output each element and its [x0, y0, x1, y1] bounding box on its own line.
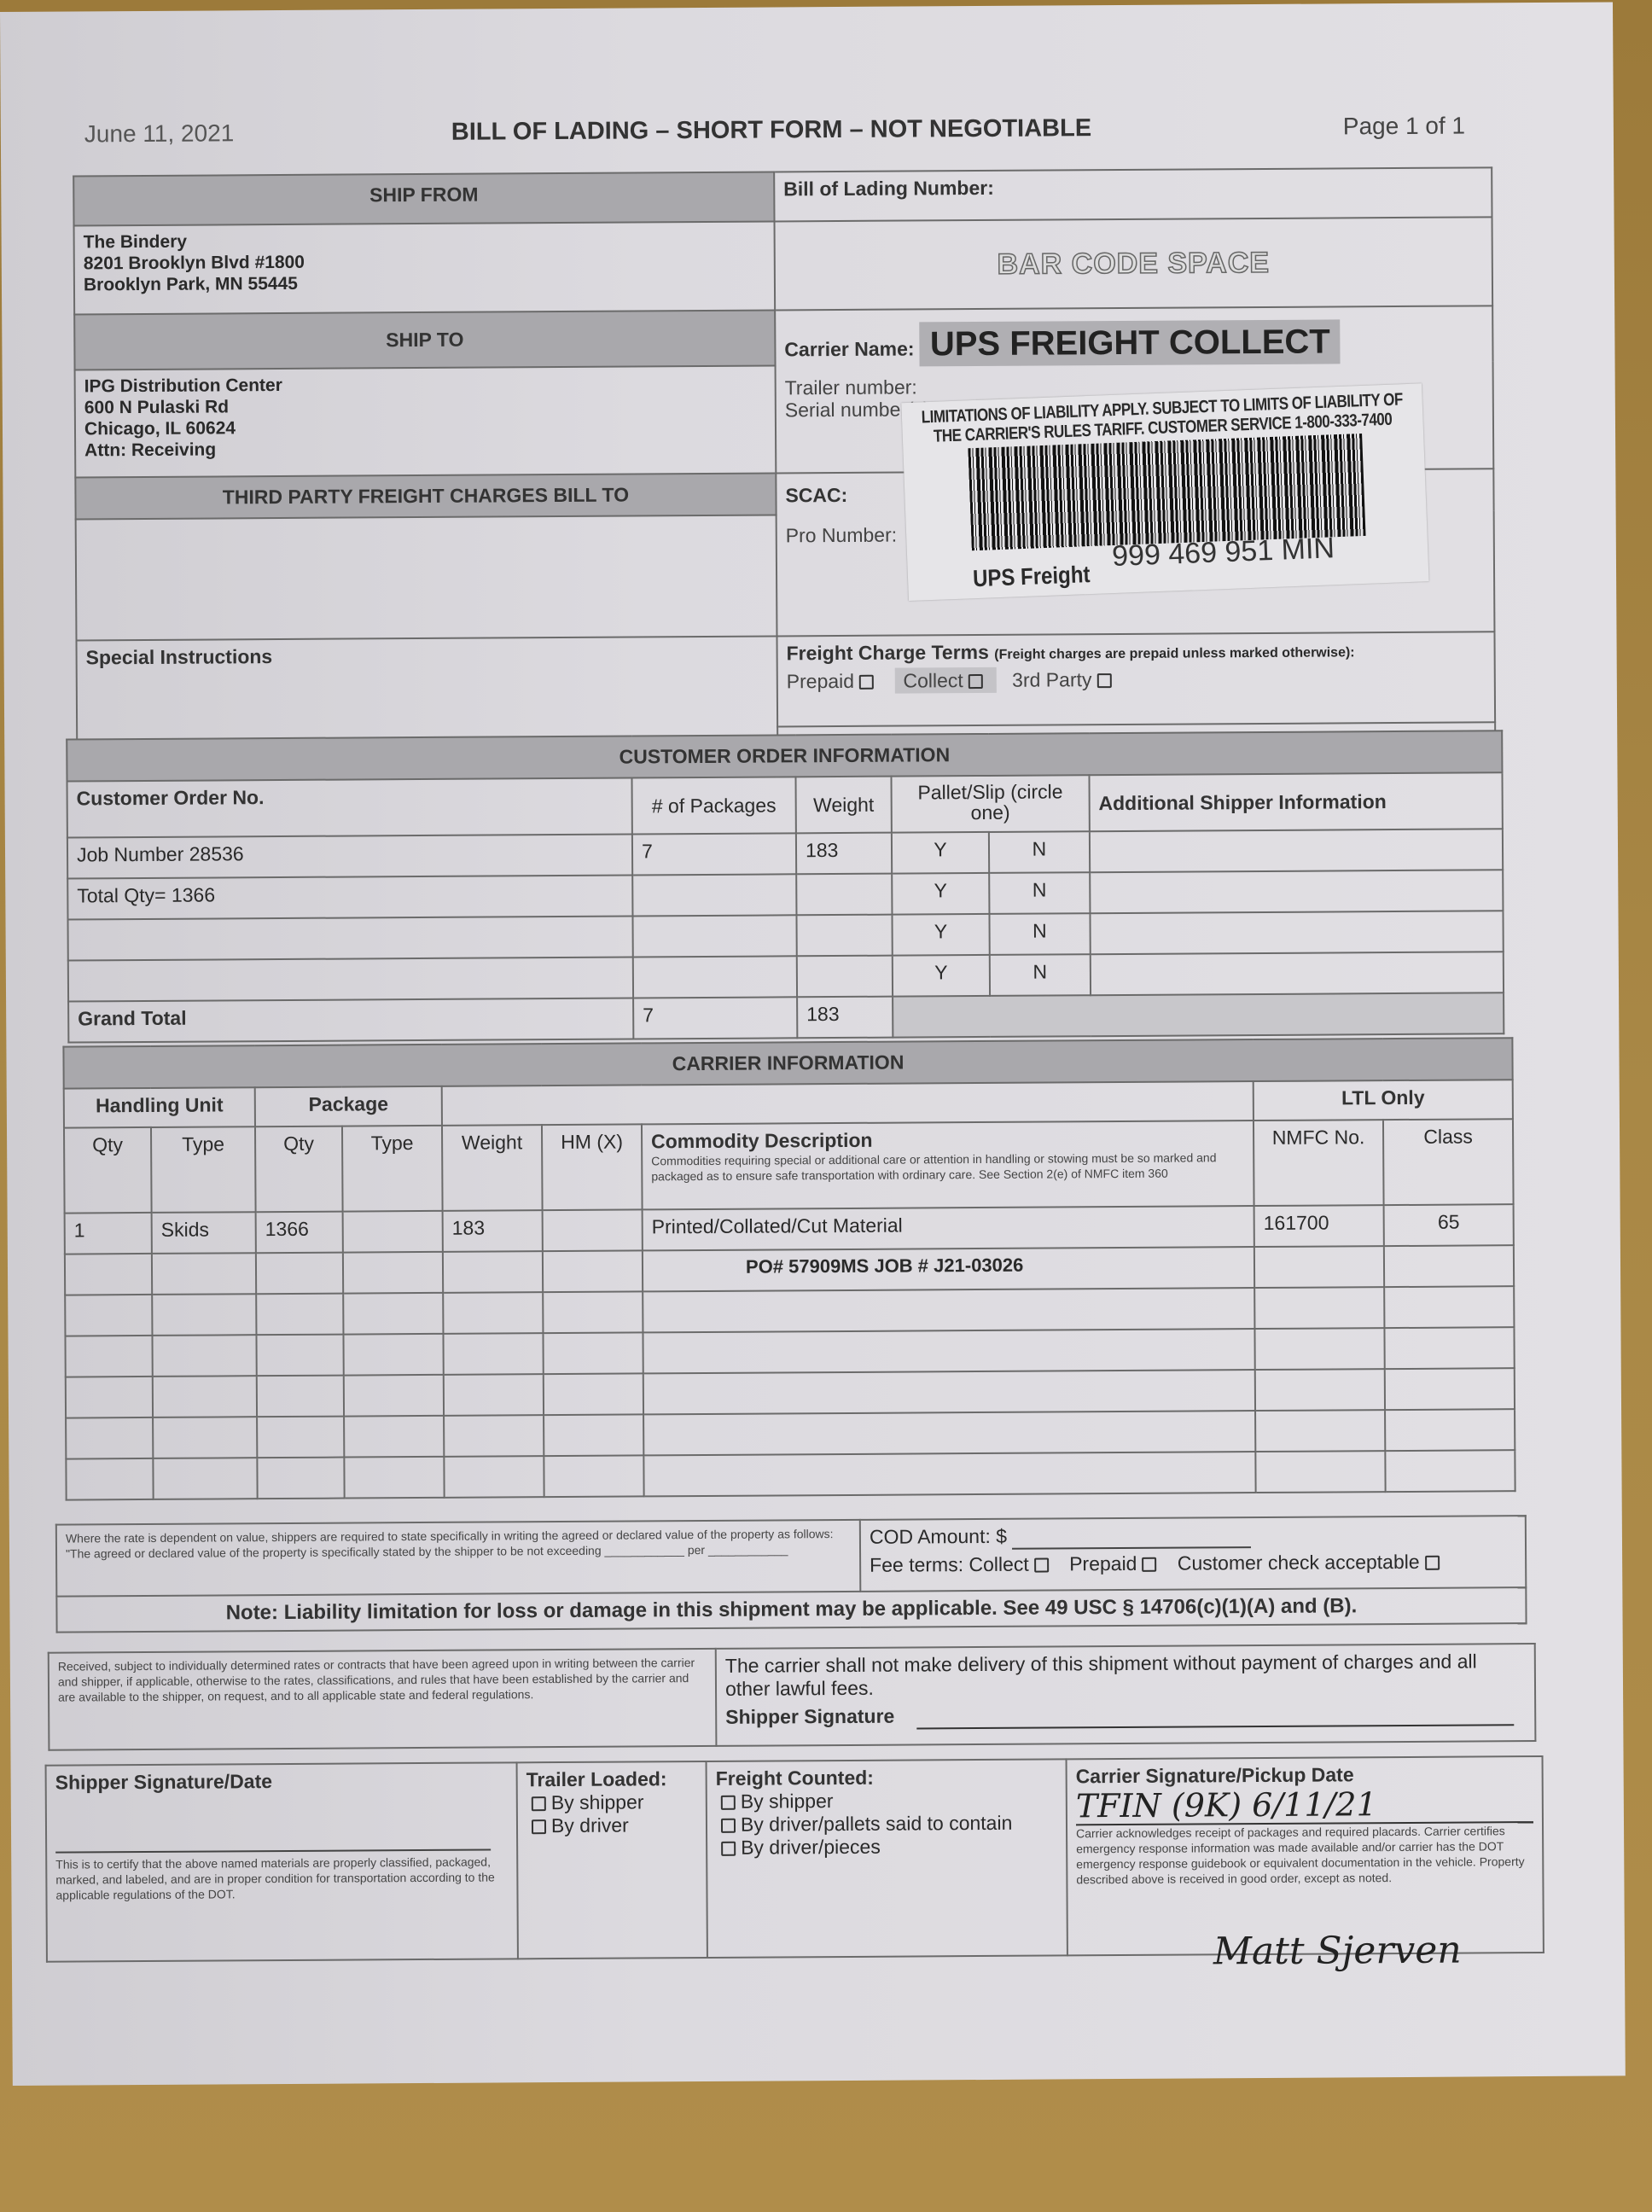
checkbox-icon[interactable] — [532, 1797, 546, 1812]
third-party-bill-to-field[interactable] — [76, 515, 777, 640]
col-pallet-slip: Pallet/Slip (circle one) — [891, 775, 1089, 832]
cell-desc[interactable]: Printed/Collated/Cut Material — [643, 1206, 1254, 1250]
freight-counted-label: Freight Counted: — [716, 1765, 1057, 1790]
packages-cell — [632, 915, 796, 957]
cell-nmfc[interactable] — [1254, 1246, 1384, 1288]
col-pkg-type: Type — [342, 1126, 443, 1212]
freight-counted-shipper[interactable]: By shipper — [716, 1788, 1057, 1813]
cell-hm[interactable] — [543, 1332, 643, 1374]
order-cell — [68, 957, 633, 1001]
cell-pkg-type[interactable] — [344, 1457, 444, 1499]
special-instructions-label: Special Instructions — [86, 645, 273, 668]
pallet-yes[interactable]: Y — [892, 873, 989, 915]
cell-hu-qty[interactable] — [65, 1254, 152, 1295]
package-group: Package — [255, 1086, 442, 1126]
cell-nmfc[interactable] — [1255, 1451, 1385, 1493]
cell-hu-type[interactable] — [153, 1376, 257, 1417]
ship-from-heading: SHIP FROM — [73, 172, 774, 225]
third-party-heading: THIRD PARTY FREIGHT CHARGES BILL TO — [75, 473, 776, 519]
ship-from-line: Brooklyn Park, MN 55445 — [84, 271, 765, 296]
fee-prepaid-checkbox[interactable] — [1142, 1557, 1156, 1572]
carrier-signature-block: Carrier Signature/Pickup Date TFIN (9K) … — [1067, 1756, 1544, 1955]
barcode-space: BAR CODE SPACE — [774, 217, 1492, 310]
collect-checkbox[interactable] — [969, 674, 983, 689]
signature-section: Shipper Signature/Date This is to certif… — [45, 1755, 1544, 1963]
weight-cell: 183 — [796, 833, 892, 875]
trailer-loaded-block: Trailer Loaded: By shipper By driver — [517, 1761, 707, 1959]
cell-hu-qty[interactable] — [65, 1336, 152, 1377]
fee-collect-checkbox[interactable] — [1034, 1558, 1049, 1573]
cell-nmfc[interactable] — [1254, 1328, 1384, 1370]
ship-to-address: IPG Distribution Center 600 N Pulaski Rd… — [75, 365, 777, 477]
cell-hm[interactable] — [544, 1455, 643, 1497]
cell-nmfc[interactable]: 161700 — [1254, 1205, 1384, 1247]
document-title: BILL OF LADING – SHORT FORM – NOT NEGOTI… — [451, 114, 1091, 147]
cell-class[interactable] — [1385, 1409, 1515, 1451]
pro-number-value: 999 469 951 MIN — [1112, 532, 1335, 573]
cell-desc[interactable] — [643, 1452, 1255, 1496]
cell-desc[interactable] — [643, 1288, 1254, 1332]
cell-class[interactable] — [1385, 1450, 1515, 1492]
info-cell[interactable] — [1091, 952, 1504, 995]
cell-hm[interactable] — [544, 1373, 643, 1415]
shipper-signature-field[interactable] — [917, 1701, 1515, 1729]
cell-hm[interactable] — [543, 1250, 643, 1292]
cell-class[interactable] — [1385, 1368, 1515, 1410]
shipper-signature-label: Shipper Signature — [725, 1705, 894, 1728]
document-date: June 11, 2021 — [84, 119, 235, 148]
table-row — [66, 1450, 1515, 1499]
cell-hu-qty[interactable]: 1 — [65, 1213, 152, 1254]
grand-total-packages: 7 — [633, 997, 797, 1039]
weight-cell — [796, 874, 892, 916]
cell-hu-qty[interactable] — [66, 1458, 153, 1500]
cell-weight[interactable]: 183 — [443, 1210, 543, 1252]
order-cell: Total Qty= 1366 — [67, 875, 632, 919]
customer-order-table: CUSTOMER ORDER INFORMATION Customer Orde… — [66, 730, 1504, 1043]
prepaid-label: Prepaid — [787, 670, 854, 692]
cell-desc[interactable] — [643, 1329, 1254, 1373]
checkbox-icon[interactable] — [532, 1820, 546, 1835]
weight-cell — [797, 956, 893, 998]
cod-block: COD Amount: $ Fee terms: Collect Prepaid… — [860, 1516, 1526, 1592]
cell-nmfc[interactable] — [1255, 1369, 1385, 1411]
third-party-option[interactable]: 3rd Party — [1012, 668, 1116, 691]
pallet-yes[interactable]: Y — [892, 832, 989, 874]
pallet-no[interactable]: N — [989, 913, 1090, 955]
sticker-brand: UPS Freight — [973, 562, 1091, 593]
cell-nmfc[interactable] — [1255, 1410, 1385, 1452]
handling-unit-group: Handling Unit — [64, 1087, 255, 1127]
bill-of-lading-paper: June 11, 2021 BILL OF LADING – SHORT FOR… — [0, 2, 1626, 2085]
cell-pkg-type[interactable] — [344, 1375, 444, 1417]
pallet-no[interactable]: N — [989, 831, 1090, 873]
weight-cell — [796, 915, 892, 957]
col-hm: HM (X) — [542, 1124, 643, 1210]
prepaid-checkbox[interactable] — [859, 675, 874, 690]
option-label: By driver — [551, 1814, 629, 1837]
shipper-sig-date-field[interactable] — [55, 1826, 491, 1854]
cell-pkg-qty[interactable]: 1366 — [256, 1212, 343, 1254]
freight-terms-note: (Freight charges are prepaid unless mark… — [994, 645, 1354, 662]
checkbox-icon[interactable] — [721, 1842, 736, 1856]
cell-desc[interactable]: PO# 57909MS JOB # J21-03026 — [643, 1247, 1254, 1291]
cell-pkg-qty[interactable] — [256, 1335, 343, 1377]
cell-weight[interactable] — [444, 1374, 544, 1416]
cell-class[interactable]: 65 — [1384, 1204, 1514, 1246]
received-text: Received, subject to individually determ… — [49, 1649, 717, 1750]
pallet-no[interactable]: N — [989, 872, 1090, 914]
carrier-handwritten-signature[interactable]: TFIN (9K) 6/11/21 — [1076, 1785, 1533, 1825]
carrier-name-label: Carrier Name: — [784, 337, 914, 360]
commodity-note: Commodities requiring special or additio… — [651, 1150, 1244, 1184]
info-cell[interactable] — [1090, 911, 1504, 954]
cell-class[interactable] — [1384, 1327, 1514, 1369]
certify-text: This is to certify that the above named … — [55, 1854, 508, 1902]
freight-counted-block: Freight Counted: By shipper By driver/pa… — [707, 1759, 1067, 1958]
freight-counted-pieces[interactable]: By driver/pieces — [716, 1834, 1057, 1859]
cell-hu-type[interactable] — [153, 1458, 257, 1499]
checkbox-icon[interactable] — [721, 1796, 736, 1810]
packages-cell — [633, 956, 797, 998]
pallet-yes[interactable]: Y — [892, 914, 989, 956]
cell-pkg-type[interactable] — [343, 1211, 443, 1253]
cell-hu-type[interactable] — [152, 1335, 256, 1377]
cell-weight[interactable] — [443, 1333, 543, 1375]
ups-freight-label: LIMITATIONS OF LIABILITY APPLY. SUBJECT … — [901, 383, 1428, 601]
trailer-loaded-driver[interactable]: By driver — [526, 1813, 697, 1837]
grand-total-label: Grand Total — [68, 998, 633, 1042]
cod-label: COD Amount: $ — [870, 1525, 1007, 1548]
third-party-checkbox[interactable] — [1096, 673, 1111, 688]
page-indicator: Page 1 of 1 — [1343, 113, 1465, 141]
col-nmfc: NMFC No. — [1254, 1120, 1384, 1206]
info-cell[interactable] — [1090, 870, 1504, 913]
col-weight: Weight — [795, 777, 891, 834]
col-class: Class — [1383, 1119, 1514, 1205]
cell-pkg-type[interactable] — [344, 1416, 444, 1458]
col-customer-order: Customer Order No. — [67, 777, 632, 837]
driver-signature: Matt Sjerven — [1213, 1929, 1462, 1974]
ship-from-address: The Bindery 8201 Brooklyn Blvd #1800 Bro… — [74, 221, 776, 314]
grand-total-row: Grand Total 7 183 — [68, 992, 1504, 1042]
shipper-sig-date-label: Shipper Signature/Date — [55, 1768, 508, 1794]
cell-pkg-type[interactable] — [343, 1252, 443, 1294]
trailer-loaded-label: Trailer Loaded: — [526, 1767, 697, 1791]
cell-hm[interactable] — [543, 1209, 643, 1251]
cell-hu-qty[interactable] — [66, 1377, 153, 1418]
grand-total-blank — [893, 992, 1504, 1037]
carrier-ack-text: Carrier acknowledges receipt of packages… — [1076, 1823, 1533, 1887]
shipper-sig-date-block: Shipper Signature/Date This is to certif… — [46, 1762, 518, 1961]
cell-pkg-qty[interactable] — [257, 1376, 344, 1417]
cell-hm[interactable] — [543, 1291, 643, 1333]
freight-counted-pallets[interactable]: By driver/pallets said to contain — [716, 1811, 1057, 1836]
cell-weight[interactable] — [444, 1456, 544, 1498]
prepaid-option[interactable]: Prepaid — [787, 670, 879, 693]
declared-value-text: Where the rate is dependent on value, sh… — [56, 1520, 860, 1597]
col-hu-type: Type — [151, 1126, 256, 1213]
cell-weight[interactable] — [443, 1251, 543, 1293]
cell-pkg-qty[interactable] — [256, 1294, 343, 1336]
ltl-only-group: LTL Only — [1254, 1080, 1513, 1121]
cell-nmfc[interactable] — [1254, 1287, 1384, 1329]
cod-amount-field[interactable] — [1012, 1523, 1251, 1550]
packages-cell — [632, 874, 796, 916]
fee-prepaid-label: Prepaid — [1069, 1552, 1137, 1575]
cell-hu-qty[interactable] — [66, 1417, 153, 1459]
cell-desc[interactable] — [643, 1370, 1255, 1414]
carrier-delivery-text: The carrier shall not make delivery of t… — [725, 1650, 1526, 1701]
fee-terms-label: Fee terms: — [870, 1553, 963, 1576]
col-weight: Weight — [442, 1125, 543, 1211]
info-cell[interactable] — [1090, 829, 1504, 872]
freight-terms-label: Freight Charge Terms — [786, 641, 988, 664]
pallet-no[interactable]: N — [990, 954, 1091, 996]
order-cell — [67, 916, 632, 960]
cell-desc[interactable] — [643, 1411, 1255, 1455]
packages-cell: 7 — [632, 833, 796, 875]
cell-pkg-qty[interactable] — [256, 1253, 343, 1295]
cell-hm[interactable] — [544, 1414, 643, 1456]
commodity-heading: Commodity Description — [651, 1126, 1244, 1153]
terms-section: Received, subject to individually determ… — [48, 1643, 1537, 1751]
cell-hu-type[interactable] — [152, 1294, 256, 1336]
col-hu-qty: Qty — [64, 1127, 152, 1214]
bol-number-label: Bill of Lading Number: — [774, 167, 1492, 221]
cell-class[interactable] — [1384, 1245, 1514, 1287]
cell-hu-type[interactable] — [153, 1417, 257, 1458]
third-party-label: 3rd Party — [1012, 668, 1091, 691]
cell-pkg-type[interactable] — [343, 1334, 443, 1376]
cell-hu-qty[interactable] — [65, 1295, 152, 1336]
cell-class[interactable] — [1384, 1286, 1514, 1328]
customer-check-checkbox[interactable] — [1425, 1556, 1440, 1570]
option-label: By shipper — [741, 1790, 834, 1813]
ship-to-line: Attn: Receiving — [84, 436, 766, 462]
ship-to-heading: SHIP TO — [74, 310, 775, 370]
barcode-space-label: BAR CODE SPACE — [784, 245, 1483, 282]
grand-total-weight: 183 — [797, 997, 893, 1039]
carrier-info-table: CARRIER INFORMATION Handling Unit Packag… — [62, 1037, 1515, 1500]
cell-weight[interactable] — [444, 1415, 544, 1457]
pallet-yes[interactable]: Y — [893, 955, 990, 997]
blank-group — [442, 1081, 1254, 1126]
freight-charge-terms: Freight Charge Terms (Freight charges ar… — [777, 632, 1495, 726]
trailer-loaded-shipper[interactable]: By shipper — [526, 1790, 697, 1814]
collect-option[interactable]: Collect — [894, 667, 996, 694]
col-commodity-description: Commodity Description Commodities requir… — [642, 1121, 1254, 1209]
option-label: By shipper — [551, 1790, 644, 1813]
checkbox-icon[interactable] — [721, 1819, 736, 1833]
col-additional-info: Additional Shipper Information — [1089, 772, 1503, 831]
cell-pkg-type[interactable] — [343, 1293, 443, 1335]
cell-pkg-qty[interactable] — [257, 1458, 344, 1499]
carrier-name-value: UPS FREIGHT COLLECT — [920, 319, 1341, 366]
cell-pkg-qty[interactable] — [257, 1417, 344, 1458]
option-label: By driver/pallets said to contain — [741, 1812, 1012, 1836]
customer-check-label: Customer check acceptable — [1178, 1551, 1420, 1575]
carrier-sig-label: Carrier Signature/Pickup Date — [1076, 1762, 1533, 1788]
cell-weight[interactable] — [443, 1292, 543, 1334]
carrier-delivery-block: The carrier shall not make delivery of t… — [716, 1644, 1536, 1746]
option-label: By driver/pieces — [741, 1836, 881, 1859]
fee-collect-label: Collect — [969, 1553, 1028, 1575]
cell-hu-type[interactable]: Skids — [152, 1212, 256, 1254]
cell-hu-type[interactable] — [152, 1253, 256, 1295]
collect-label: Collect — [903, 669, 963, 691]
value-cod-section: Where the rate is dependent on value, sh… — [55, 1515, 1527, 1633]
order-cell: Job Number 28536 — [67, 834, 632, 878]
col-pkg-qty: Qty — [255, 1126, 343, 1213]
col-packages: # of Packages — [631, 777, 795, 834]
